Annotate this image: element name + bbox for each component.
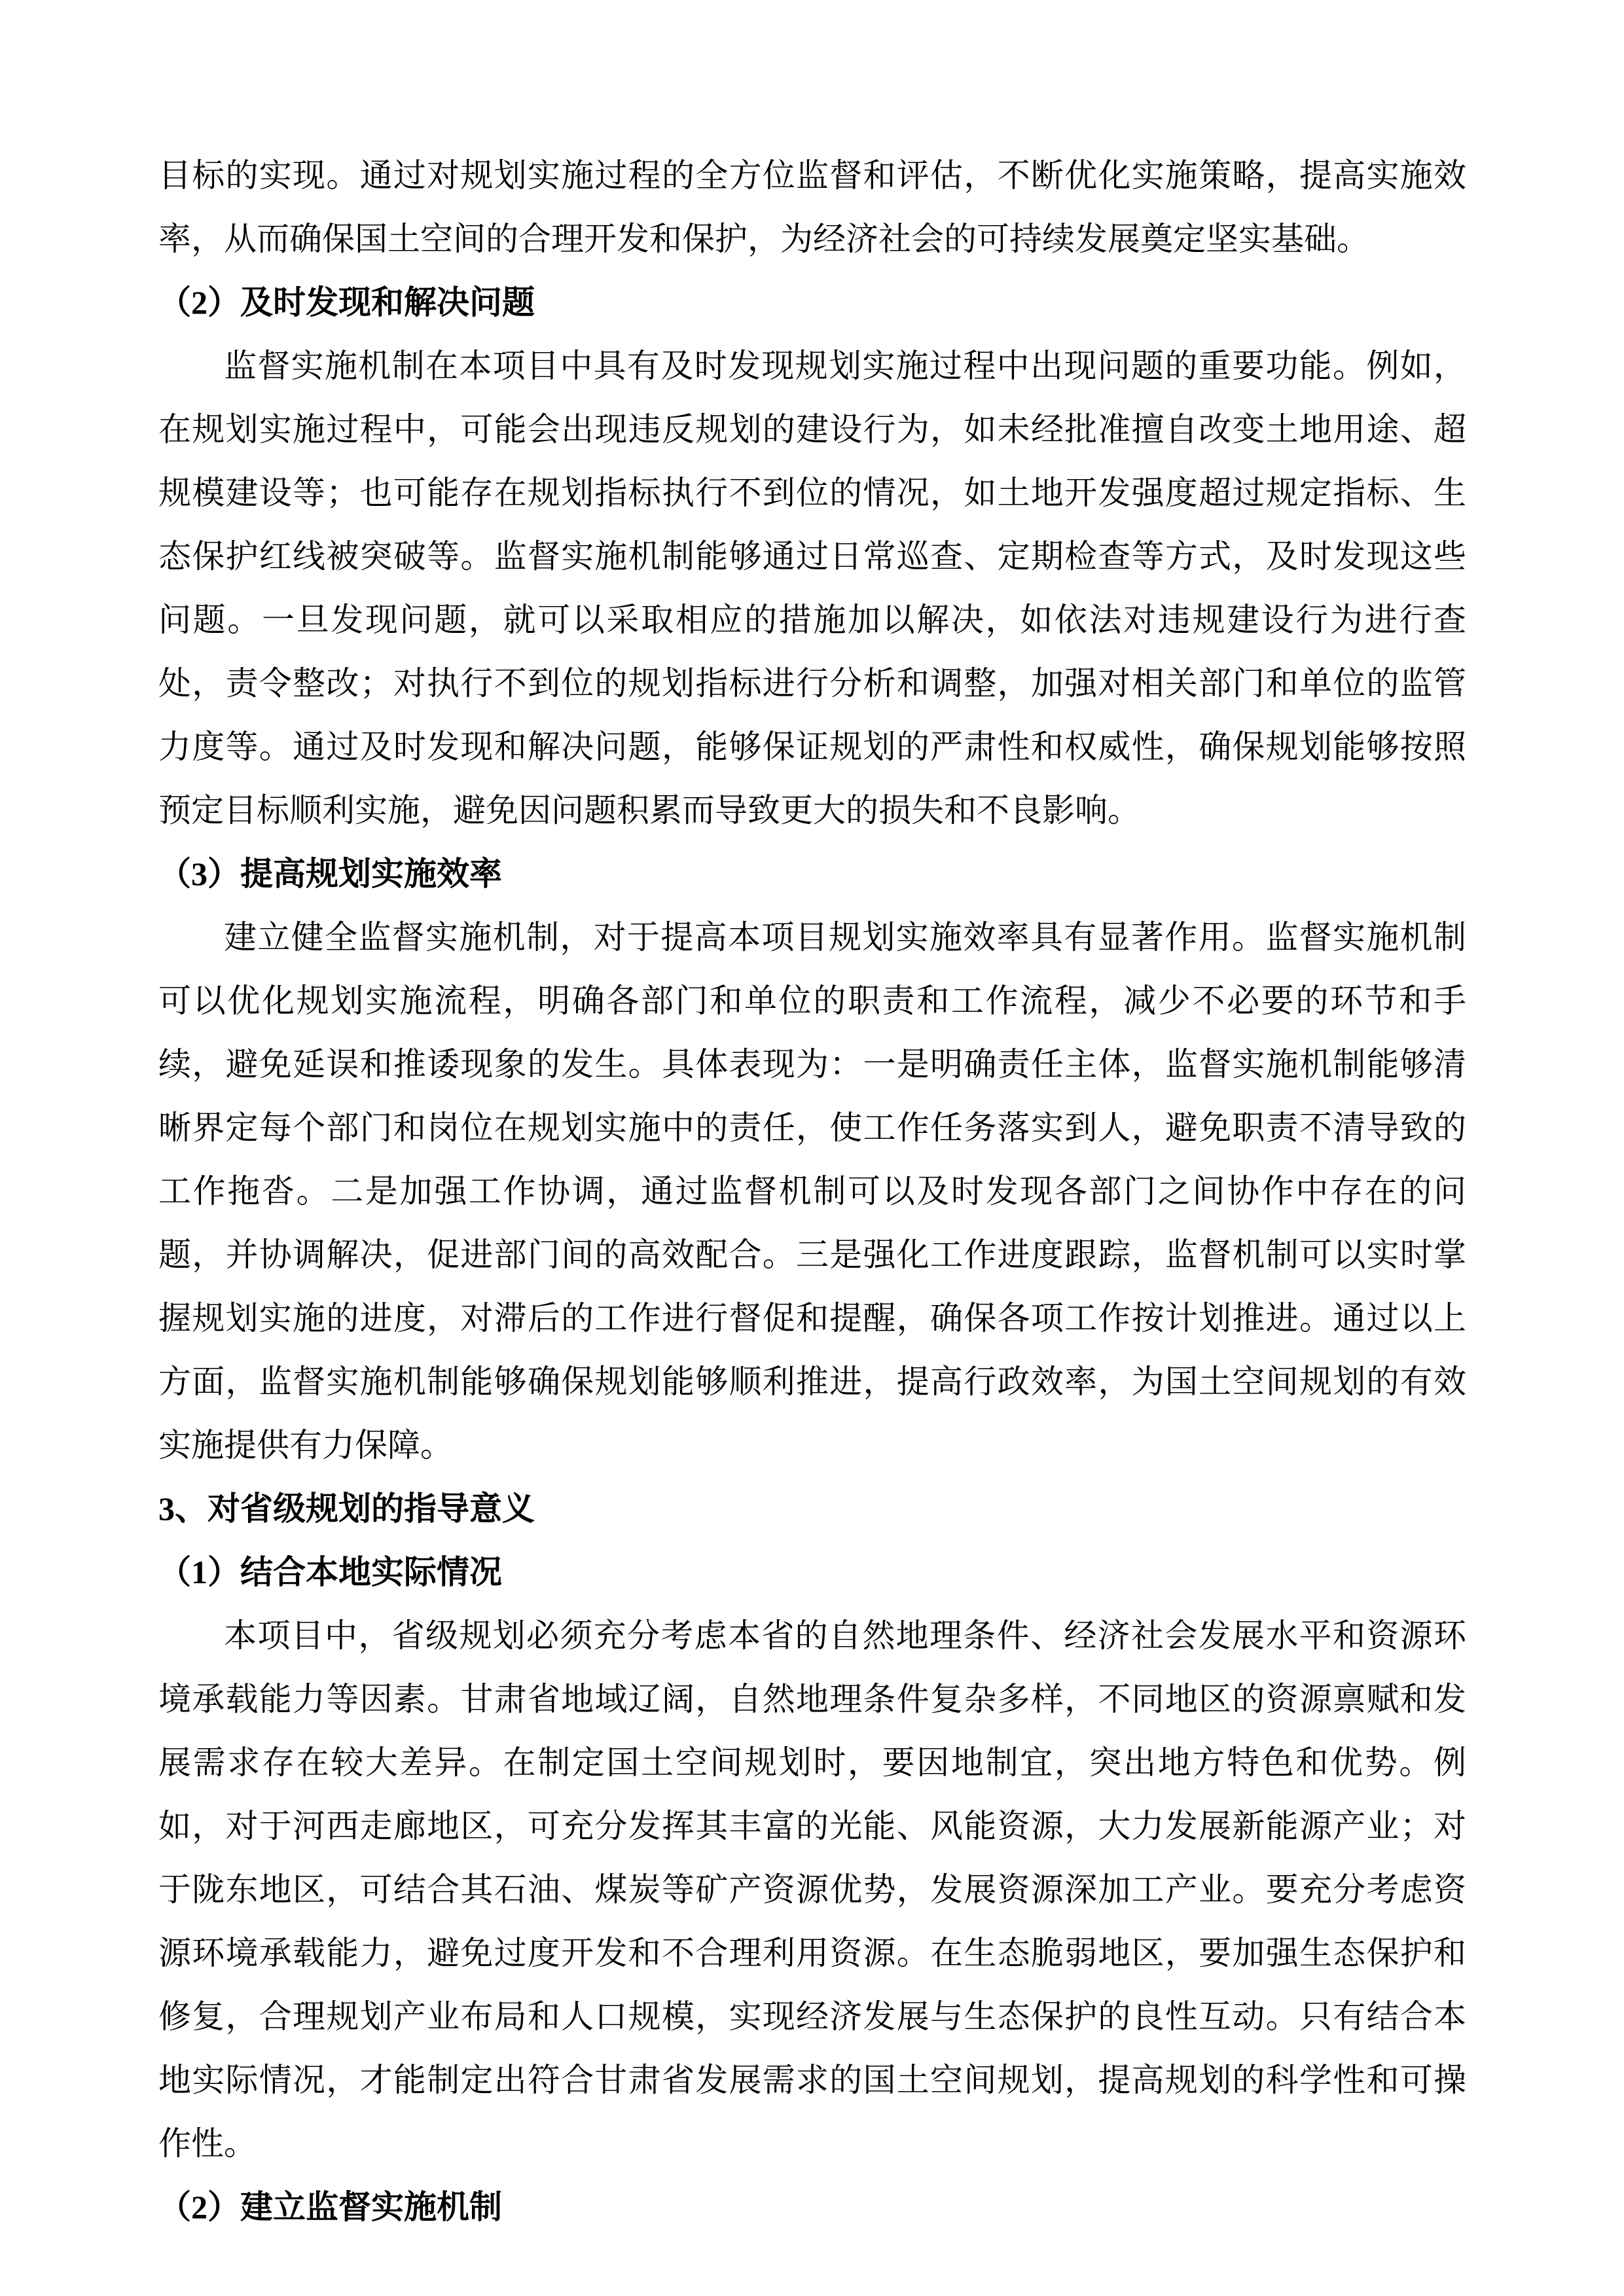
paragraph-improve-plan-implementation-efficiency: 建立健全监督实施机制，对于提高本项目规划实施效率具有显著作用。监督实施机制可以优…	[158, 906, 1466, 1477]
paragraph-timely-discover-solve-problems: 监督实施机制在本项目中具有及时发现规划实施过程中出现问题的重要功能。例如，在规划…	[158, 334, 1466, 842]
paragraph-combine-local-conditions: 本项目中，省级规划必须充分考虑本省的自然地理条件、经济社会发展水平和资源环境承载…	[158, 1604, 1466, 2176]
heading-guidance-for-provincial-planning: 3、对省级规划的指导意义	[158, 1477, 1466, 1541]
document-page: 目标的实现。通过对规划实施过程的全方位监督和评估，不断优化实施策略，提高实施效率…	[0, 0, 1624, 2296]
heading-establish-supervision-mechanism: （2）建立监督实施机制	[158, 2176, 1466, 2239]
heading-combine-local-conditions: （1）结合本地实际情况	[158, 1541, 1466, 1604]
heading-timely-discover-solve-problems: （2）及时发现和解决问题	[158, 271, 1466, 334]
heading-improve-plan-implementation-efficiency: （3）提高规划实施效率	[158, 842, 1466, 906]
paragraph-tail-goal-realization: 目标的实现。通过对规划实施过程的全方位监督和评估，不断优化实施策略，提高实施效率…	[158, 144, 1466, 271]
